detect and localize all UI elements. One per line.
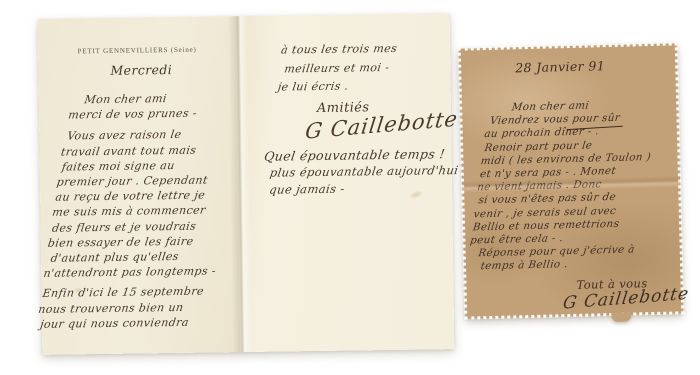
- letterhead: PETIT GENNEVILLIERS (Seine): [38, 45, 236, 56]
- card-body: Mon cher ami Viendrez vous pour sûr au p…: [466, 98, 659, 274]
- closing-line: Amitiés: [317, 100, 370, 116]
- handwritten-line: merci de vos prunes -: [65, 105, 240, 123]
- page2-body: à tous les trois mes meilleurs et moi - …: [274, 40, 398, 97]
- handwritten-line: n'attendront pas longtemps -: [42, 264, 217, 282]
- folded-letter: PETIT GENNEVILLIERS (Seine) Mercredi Mon…: [38, 13, 455, 355]
- day-line: Mercredi: [110, 62, 172, 78]
- handwritten-line: que jamais -: [258, 179, 457, 199]
- letter-page-right: à tous les trois mes meilleurs et moi - …: [236, 13, 455, 352]
- handwritten-line: temps à Bellio .: [466, 257, 638, 274]
- handwritten-line: je lui écris .: [274, 77, 393, 97]
- page1-body: Mon cher ami merci de vos prunes - Vous …: [35, 90, 242, 332]
- postscript: Quel épouvantable temps ! plus épouvanta…: [258, 145, 462, 199]
- photo-background: { "colors": { "background": "#ffffff", "…: [0, 0, 700, 375]
- handwritten-line: Enfin d'ici le 15 septembre: [40, 284, 215, 302]
- handwritten-line: plus épouvantable aujourd'hui: [261, 162, 460, 182]
- paper-tab: [611, 313, 631, 322]
- letter-page-left: PETIT GENNEVILLIERS (Seine) Mercredi Mon…: [38, 16, 241, 355]
- handwritten-line: jour qui nous conviendra: [35, 314, 210, 332]
- letter-card: 28 Janvier 91 Mon cher ami Viendrez vous…: [459, 43, 684, 318]
- handwritten-line: meilleurs et moi -: [277, 58, 396, 78]
- date-line: 28 Janvier 91: [515, 58, 605, 75]
- handwritten-line: me suis mis à commencer: [51, 203, 226, 221]
- handwritten-line: à tous les trois mes: [280, 40, 399, 60]
